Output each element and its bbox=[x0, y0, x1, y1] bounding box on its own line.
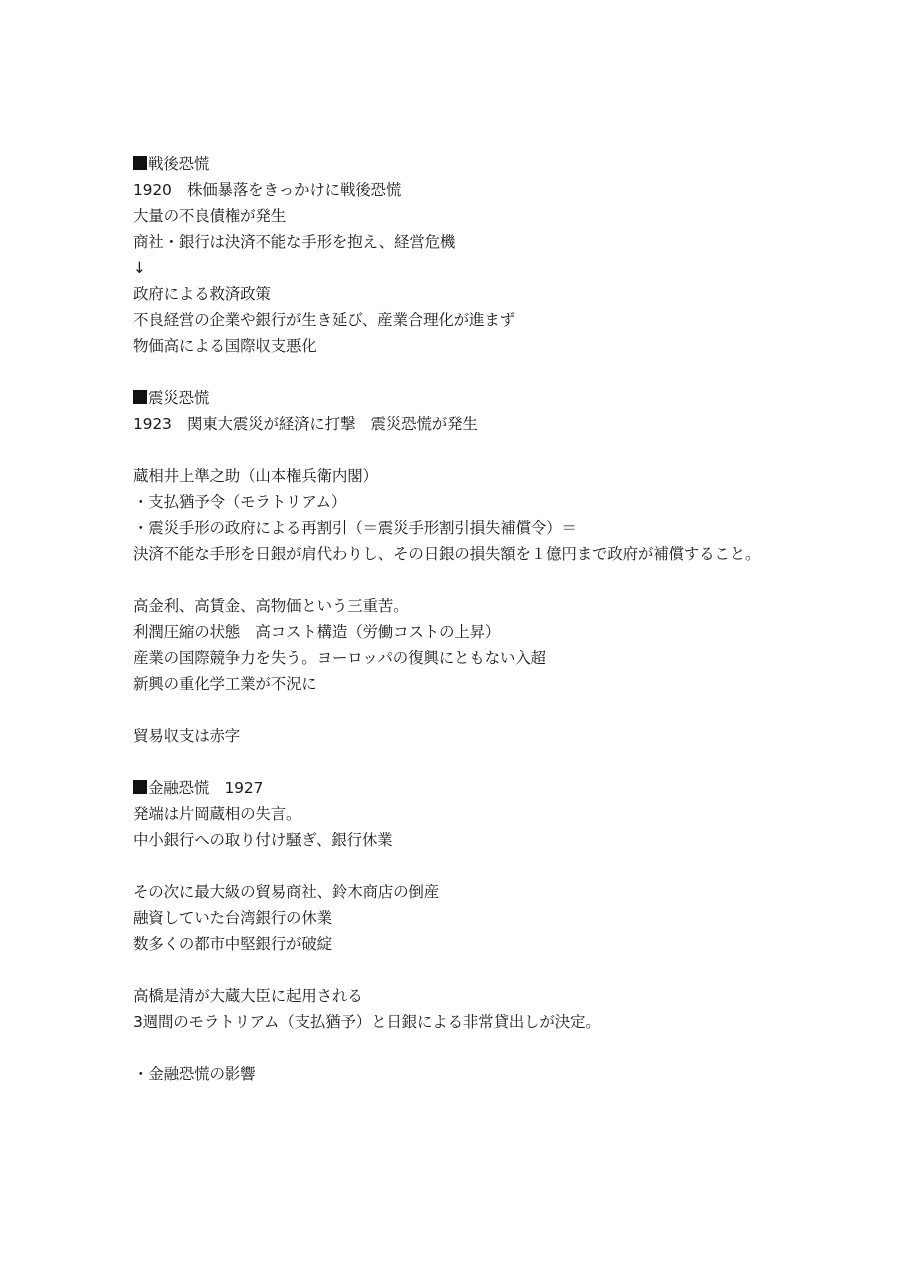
document-page: 戦後恐慌 1920 株価暴落をきっかけに戦後恐慌 大量の不良債権が発生 商社・銀… bbox=[133, 151, 833, 1087]
text-line: その次に最大級の貿易商社、鈴木商店の倒産 bbox=[133, 879, 833, 905]
text-line: 利潤圧縮の状態 高コスト構造（労働コストの上昇） bbox=[133, 619, 833, 645]
text-line: 蔵相井上準之助（山本権兵衛内閣） bbox=[133, 463, 833, 489]
heading-text: 戦後恐慌 bbox=[148, 155, 209, 173]
blank-line bbox=[133, 437, 833, 463]
text-line: 発端は片岡蔵相の失言。 bbox=[133, 801, 833, 827]
text-line: 大量の不良債権が発生 bbox=[133, 203, 833, 229]
text-line: 数多くの都市中堅銀行が破綻 bbox=[133, 931, 833, 957]
text-line: 高橋是清が大蔵大臣に起用される bbox=[133, 983, 833, 1009]
section-heading: 戦後恐慌 bbox=[133, 151, 833, 177]
bullet-line: ・金融恐慌の影響 bbox=[133, 1061, 833, 1087]
text-line: 新興の重化学工業が不況に bbox=[133, 671, 833, 697]
bullet-line: ・震災手形の政府による再割引（＝震災手形割引損失補償令）＝ bbox=[133, 515, 833, 541]
text-line: 貿易収支は赤字 bbox=[133, 723, 833, 749]
blank-line bbox=[133, 1035, 833, 1061]
text-line: 決済不能な手形を日銀が肩代わりし、その日銀の損失額を１億円まで政府が補償すること… bbox=[133, 541, 833, 567]
blank-line bbox=[133, 749, 833, 775]
heading-text: 金融恐慌 1927 bbox=[148, 779, 263, 797]
blank-line bbox=[133, 957, 833, 983]
text-line: 物価高による国際収支悪化 bbox=[133, 333, 833, 359]
black-square-bullet-icon bbox=[133, 780, 147, 794]
black-square-bullet-icon bbox=[133, 390, 147, 404]
text-line: 不良経営の企業や銀行が生き延び、産業合理化が進まず bbox=[133, 307, 833, 333]
text-line: 1923 関東大震災が経済に打撃 震災恐慌が発生 bbox=[133, 411, 833, 437]
blank-line bbox=[133, 697, 833, 723]
text-line: 政府による救済政策 bbox=[133, 281, 833, 307]
blank-line bbox=[133, 853, 833, 879]
text-line: 高金利、高賃金、高物価という三重苦。 bbox=[133, 593, 833, 619]
down-arrow: ↓ bbox=[133, 255, 833, 281]
section-heading: 金融恐慌 1927 bbox=[133, 775, 833, 801]
blank-line bbox=[133, 359, 833, 385]
section-heading: 震災恐慌 bbox=[133, 385, 833, 411]
heading-text: 震災恐慌 bbox=[148, 389, 209, 407]
text-line: 1920 株価暴落をきっかけに戦後恐慌 bbox=[133, 177, 833, 203]
blank-line bbox=[133, 567, 833, 593]
text-line: 商社・銀行は決済不能な手形を抱え、経営危機 bbox=[133, 229, 833, 255]
text-line: 融資していた台湾銀行の休業 bbox=[133, 905, 833, 931]
black-square-bullet-icon bbox=[133, 156, 147, 170]
text-line: 3週間のモラトリアム（支払猶予）と日銀による非常貸出しが決定。 bbox=[133, 1009, 833, 1035]
text-line: 中小銀行への取り付け騒ぎ、銀行休業 bbox=[133, 827, 833, 853]
text-line: 産業の国際競争力を失う。ヨーロッパの復興にともない入超 bbox=[133, 645, 833, 671]
bullet-line: ・支払猶予令（モラトリアム） bbox=[133, 489, 833, 515]
